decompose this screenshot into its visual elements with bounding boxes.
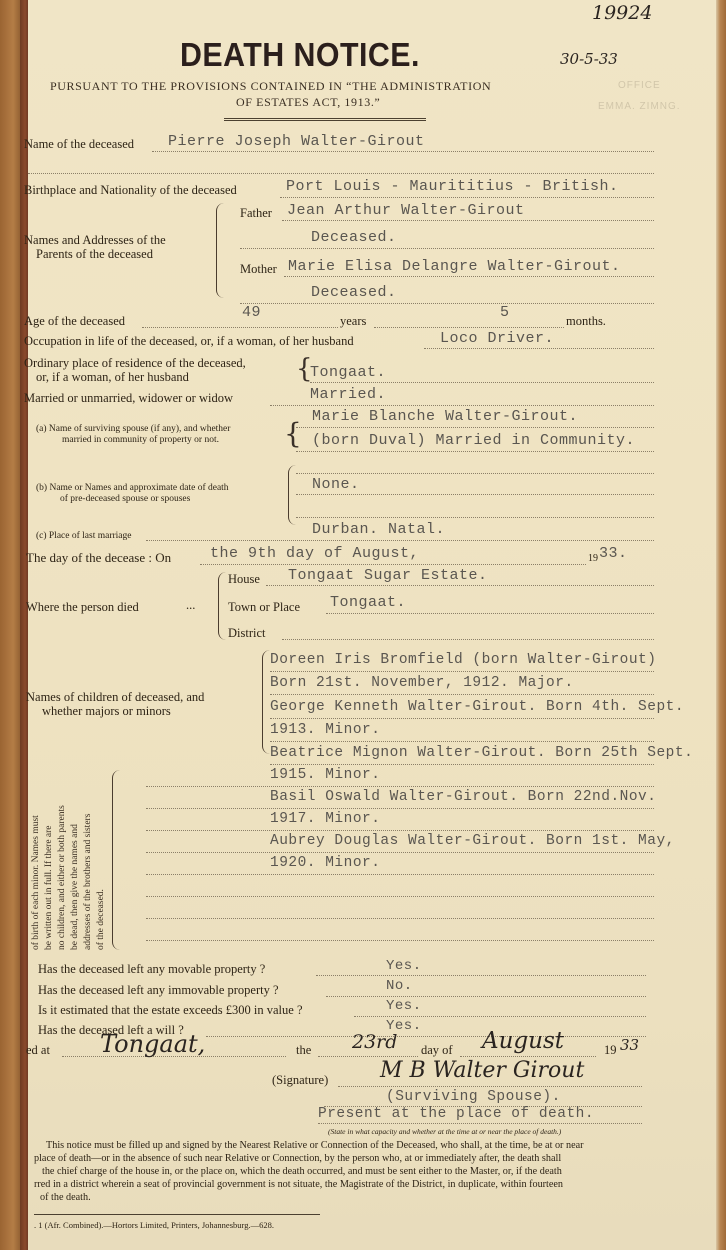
parents-label-line-2: Parents of the deceased xyxy=(36,247,153,262)
child-line-3 xyxy=(270,718,654,719)
child-entry-7[interactable]: Basil Oswald Walter-Girout. Born 22nd.No… xyxy=(270,789,656,805)
house-value[interactable]: Tongaat Sugar Estate. xyxy=(288,567,488,584)
marital-label: Married or unmarried, widower or widow xyxy=(24,391,233,406)
date-stamp: 30-5-33 xyxy=(560,50,618,68)
mother-value[interactable]: Marie Elisa Delangre Walter-Girout. xyxy=(288,258,621,275)
child-line-7 xyxy=(146,808,654,809)
footer-rule xyxy=(34,1214,320,1215)
decease-date-line xyxy=(200,564,586,565)
side-note-line-5: addresses of the brothers and sisters xyxy=(82,805,95,950)
immovable-value[interactable]: No. xyxy=(386,978,413,994)
mother-line xyxy=(284,276,654,277)
subtitle-line-2: OF ESTATES ACT, 1913.” xyxy=(236,95,380,110)
signature-line xyxy=(338,1086,642,1087)
title-rule xyxy=(224,118,426,121)
child-line-13 xyxy=(146,940,654,941)
children-label-line-2: whether majors or minors xyxy=(42,704,171,719)
will-line xyxy=(206,1036,646,1037)
immovable-line xyxy=(326,996,646,997)
month-line xyxy=(460,1056,596,1057)
side-note-line-3: no children, and either or both parents xyxy=(56,805,69,950)
predeceased-label-line-2: of pre-deceased spouse or spouses xyxy=(60,494,190,504)
instruction-line-2: place of death—or in the absence of such… xyxy=(34,1152,584,1165)
father-label: Father xyxy=(240,206,272,221)
signature[interactable]: M B Walter Girout xyxy=(380,1058,584,1083)
mother-address[interactable]: Deceased. xyxy=(311,284,397,301)
signer-capacity[interactable]: (Surviving Spouse). xyxy=(386,1089,561,1105)
spouse-line-2 xyxy=(296,451,654,452)
age-months-line xyxy=(374,327,564,328)
child-line-12 xyxy=(146,918,654,919)
child-line-9 xyxy=(146,852,654,853)
estate-value-answer[interactable]: Yes. xyxy=(386,998,422,1014)
age-months-value[interactable]: 5 xyxy=(500,304,510,321)
child-entry-3[interactable]: George Kenneth Walter-Girout. Born 4th. … xyxy=(270,699,684,715)
instruction-line-5: of the death. xyxy=(34,1191,584,1204)
signing-month[interactable]: August xyxy=(482,1028,564,1054)
age-years-value[interactable]: 49 xyxy=(242,304,261,321)
capacity-hint: (State in what capacity and whether at t… xyxy=(328,1127,561,1136)
name-line-2 xyxy=(28,173,654,174)
child-line-5 xyxy=(270,764,654,765)
age-years-line xyxy=(142,327,338,328)
child-line-4 xyxy=(270,741,654,742)
signature-label: (Signature) xyxy=(272,1073,328,1088)
printer-imprint: . 1 (Afr. Combined).—Hortors Limited, Pr… xyxy=(34,1219,274,1232)
movable-line xyxy=(316,975,646,976)
day-of-label: day of xyxy=(421,1043,453,1058)
decease-year-suffix[interactable]: 33. xyxy=(599,545,628,562)
place-brace xyxy=(218,572,227,640)
spouse-value-line-1[interactable]: Marie Blanche Walter-Girout. xyxy=(312,408,578,425)
immovable-label: Has the deceased left any immovable prop… xyxy=(38,983,279,998)
predeceased-label-line-1: (b) Name or Names and approximate date o… xyxy=(36,483,229,493)
child-line-11 xyxy=(146,896,654,897)
instruction-line-4: rred in a district wherein a seat of pro… xyxy=(34,1178,584,1191)
place-ellipsis: ... xyxy=(186,598,195,613)
district-label: District xyxy=(228,626,266,641)
father-address-line xyxy=(240,248,654,249)
marital-line xyxy=(270,405,654,406)
footer-instructions: This notice must be filled up and signed… xyxy=(34,1139,584,1204)
town-label: Town or Place xyxy=(228,600,300,615)
signing-day[interactable]: 23rd xyxy=(352,1031,397,1053)
signing-year-prefix: 19 xyxy=(604,1043,617,1058)
dated-at-label: ed at xyxy=(26,1043,50,1058)
birthplace-label: Birthplace and Nationality of the deceas… xyxy=(24,183,237,198)
spouse-brace: { xyxy=(284,420,302,448)
mother-label: Mother xyxy=(240,262,277,277)
residence-label-line-2: or, if a woman, of her husband xyxy=(36,370,189,385)
child-line-8 xyxy=(146,830,654,831)
estate-value-label: Is it estimated that the estate exceeds … xyxy=(38,1003,303,1018)
child-line-1 xyxy=(270,671,654,672)
decease-date-value[interactable]: the 9th day of August, xyxy=(210,545,419,562)
signer-presence[interactable]: Present at the place of death. xyxy=(318,1106,594,1122)
house-label: House xyxy=(228,572,260,587)
faint-stamp-line-1: OFFICE xyxy=(618,80,661,91)
occupation-label: Occupation in life of the deceased, or, … xyxy=(24,334,354,349)
movable-value[interactable]: Yes. xyxy=(386,958,422,974)
child-line-10 xyxy=(146,874,654,875)
months-label: months. xyxy=(566,314,606,329)
occupation-line xyxy=(424,348,654,349)
presence-line xyxy=(318,1123,642,1124)
predeceased-line-1 xyxy=(296,473,654,474)
page-title: DEATH NOTICE. xyxy=(180,36,420,74)
child-entry-6[interactable]: 1915. Minor. xyxy=(270,767,380,783)
instruction-line-3: the chief charge of the house in, or the… xyxy=(34,1165,584,1178)
spouse-line-1 xyxy=(296,427,654,428)
father-line xyxy=(282,220,654,221)
the-label: the xyxy=(296,1043,311,1058)
child-entry-2[interactable]: Born 21st. November, 1912. Major. xyxy=(270,675,574,691)
town-value[interactable]: Tongaat. xyxy=(330,594,406,611)
decease-year-prefix: 19 xyxy=(588,553,598,564)
parents-label-line-1: Names and Addresses of the xyxy=(24,233,166,248)
predeceased-brace xyxy=(288,465,297,525)
movable-label: Has the deceased left any movable proper… xyxy=(38,962,265,977)
mother-address-line xyxy=(240,303,654,304)
side-note-brace xyxy=(112,770,121,950)
child-entry-5[interactable]: Beatrice Mignon Walter-Girout. Born 25th… xyxy=(270,745,693,761)
last-marriage-value[interactable]: Durban. Natal. xyxy=(312,521,445,538)
wood-background-left xyxy=(0,0,22,1250)
age-label: Age of the deceased xyxy=(24,314,125,329)
child-entry-10[interactable]: 1920. Minor. xyxy=(270,855,380,871)
day-line xyxy=(318,1056,418,1057)
estate-value-line xyxy=(354,1016,646,1017)
town-line xyxy=(326,613,654,614)
file-number: 19924 xyxy=(592,2,652,24)
birthplace-line xyxy=(280,197,654,198)
signing-year-suffix[interactable]: 33 xyxy=(620,1036,639,1054)
child-entry-4[interactable]: 1913. Minor. xyxy=(270,722,380,738)
faint-stamp-line-2: EMMA. ZIMNG. xyxy=(598,101,681,112)
children-label-line-1: Names of children of deceased, and xyxy=(26,690,204,705)
decease-date-label: The day of the decease : On xyxy=(26,550,171,566)
years-label: years xyxy=(340,314,366,329)
child-line-6 xyxy=(146,786,654,787)
house-line xyxy=(266,585,654,586)
side-note-line-4: be dead, then give the names and xyxy=(69,805,82,950)
wood-background-right xyxy=(716,0,726,1250)
side-note-line-6: of the deceased. xyxy=(95,805,108,950)
subtitle-line-1: PURSUANT TO THE PROVISIONS CONTAINED IN … xyxy=(50,79,491,94)
marital-value[interactable]: Married. xyxy=(310,386,386,403)
district-line xyxy=(282,639,654,640)
side-note-line-2: be written out in full. If there are xyxy=(43,805,56,950)
spouse-label-line-1: (a) Name of surviving spouse (if any), a… xyxy=(36,424,230,434)
child-entry-1[interactable]: Doreen Iris Bromfield (born Walter-Girou… xyxy=(270,652,656,668)
name-label: Name of the deceased xyxy=(24,137,134,152)
birthplace-value[interactable]: Port Louis - Maurititius - British. xyxy=(286,178,619,195)
residence-value[interactable]: Tongaat. xyxy=(310,364,386,381)
residence-label-line-1: Ordinary place of residence of the decea… xyxy=(24,356,246,371)
place-label: Where the person died xyxy=(26,600,139,615)
last-marriage-label: (c) Place of last marriage xyxy=(36,531,131,541)
parents-brace xyxy=(216,203,225,298)
spouse-label-line-2: married in community of property or not. xyxy=(62,435,219,445)
name-line xyxy=(152,151,654,152)
instruction-line-1: This notice must be filled up and signed… xyxy=(34,1139,584,1152)
predeceased-value[interactable]: None. xyxy=(312,476,360,493)
occupation-value[interactable]: Loco Driver. xyxy=(440,330,554,347)
child-entry-9[interactable]: Aubrey Douglas Walter-Girout. Born 1st. … xyxy=(270,833,675,849)
last-marriage-line xyxy=(146,540,654,541)
child-entry-8[interactable]: 1917. Minor. xyxy=(270,811,380,827)
father-address[interactable]: Deceased. xyxy=(311,229,397,246)
child-line-2 xyxy=(270,694,654,695)
father-value[interactable]: Jean Arthur Walter-Girout xyxy=(287,202,525,219)
residence-line xyxy=(310,382,654,383)
predeceased-line-2 xyxy=(296,494,654,495)
signing-place[interactable]: Tongaat, xyxy=(100,1030,205,1058)
side-note: of birth of each minor. Names must be wr… xyxy=(30,805,108,950)
name-value[interactable]: Pierre Joseph Walter-Girout xyxy=(168,133,425,150)
spouse-value-line-2[interactable]: (born Duval) Married in Community. xyxy=(312,432,635,449)
side-note-line-1: of birth of each minor. Names must xyxy=(30,805,43,950)
predeceased-line-3 xyxy=(296,517,654,518)
